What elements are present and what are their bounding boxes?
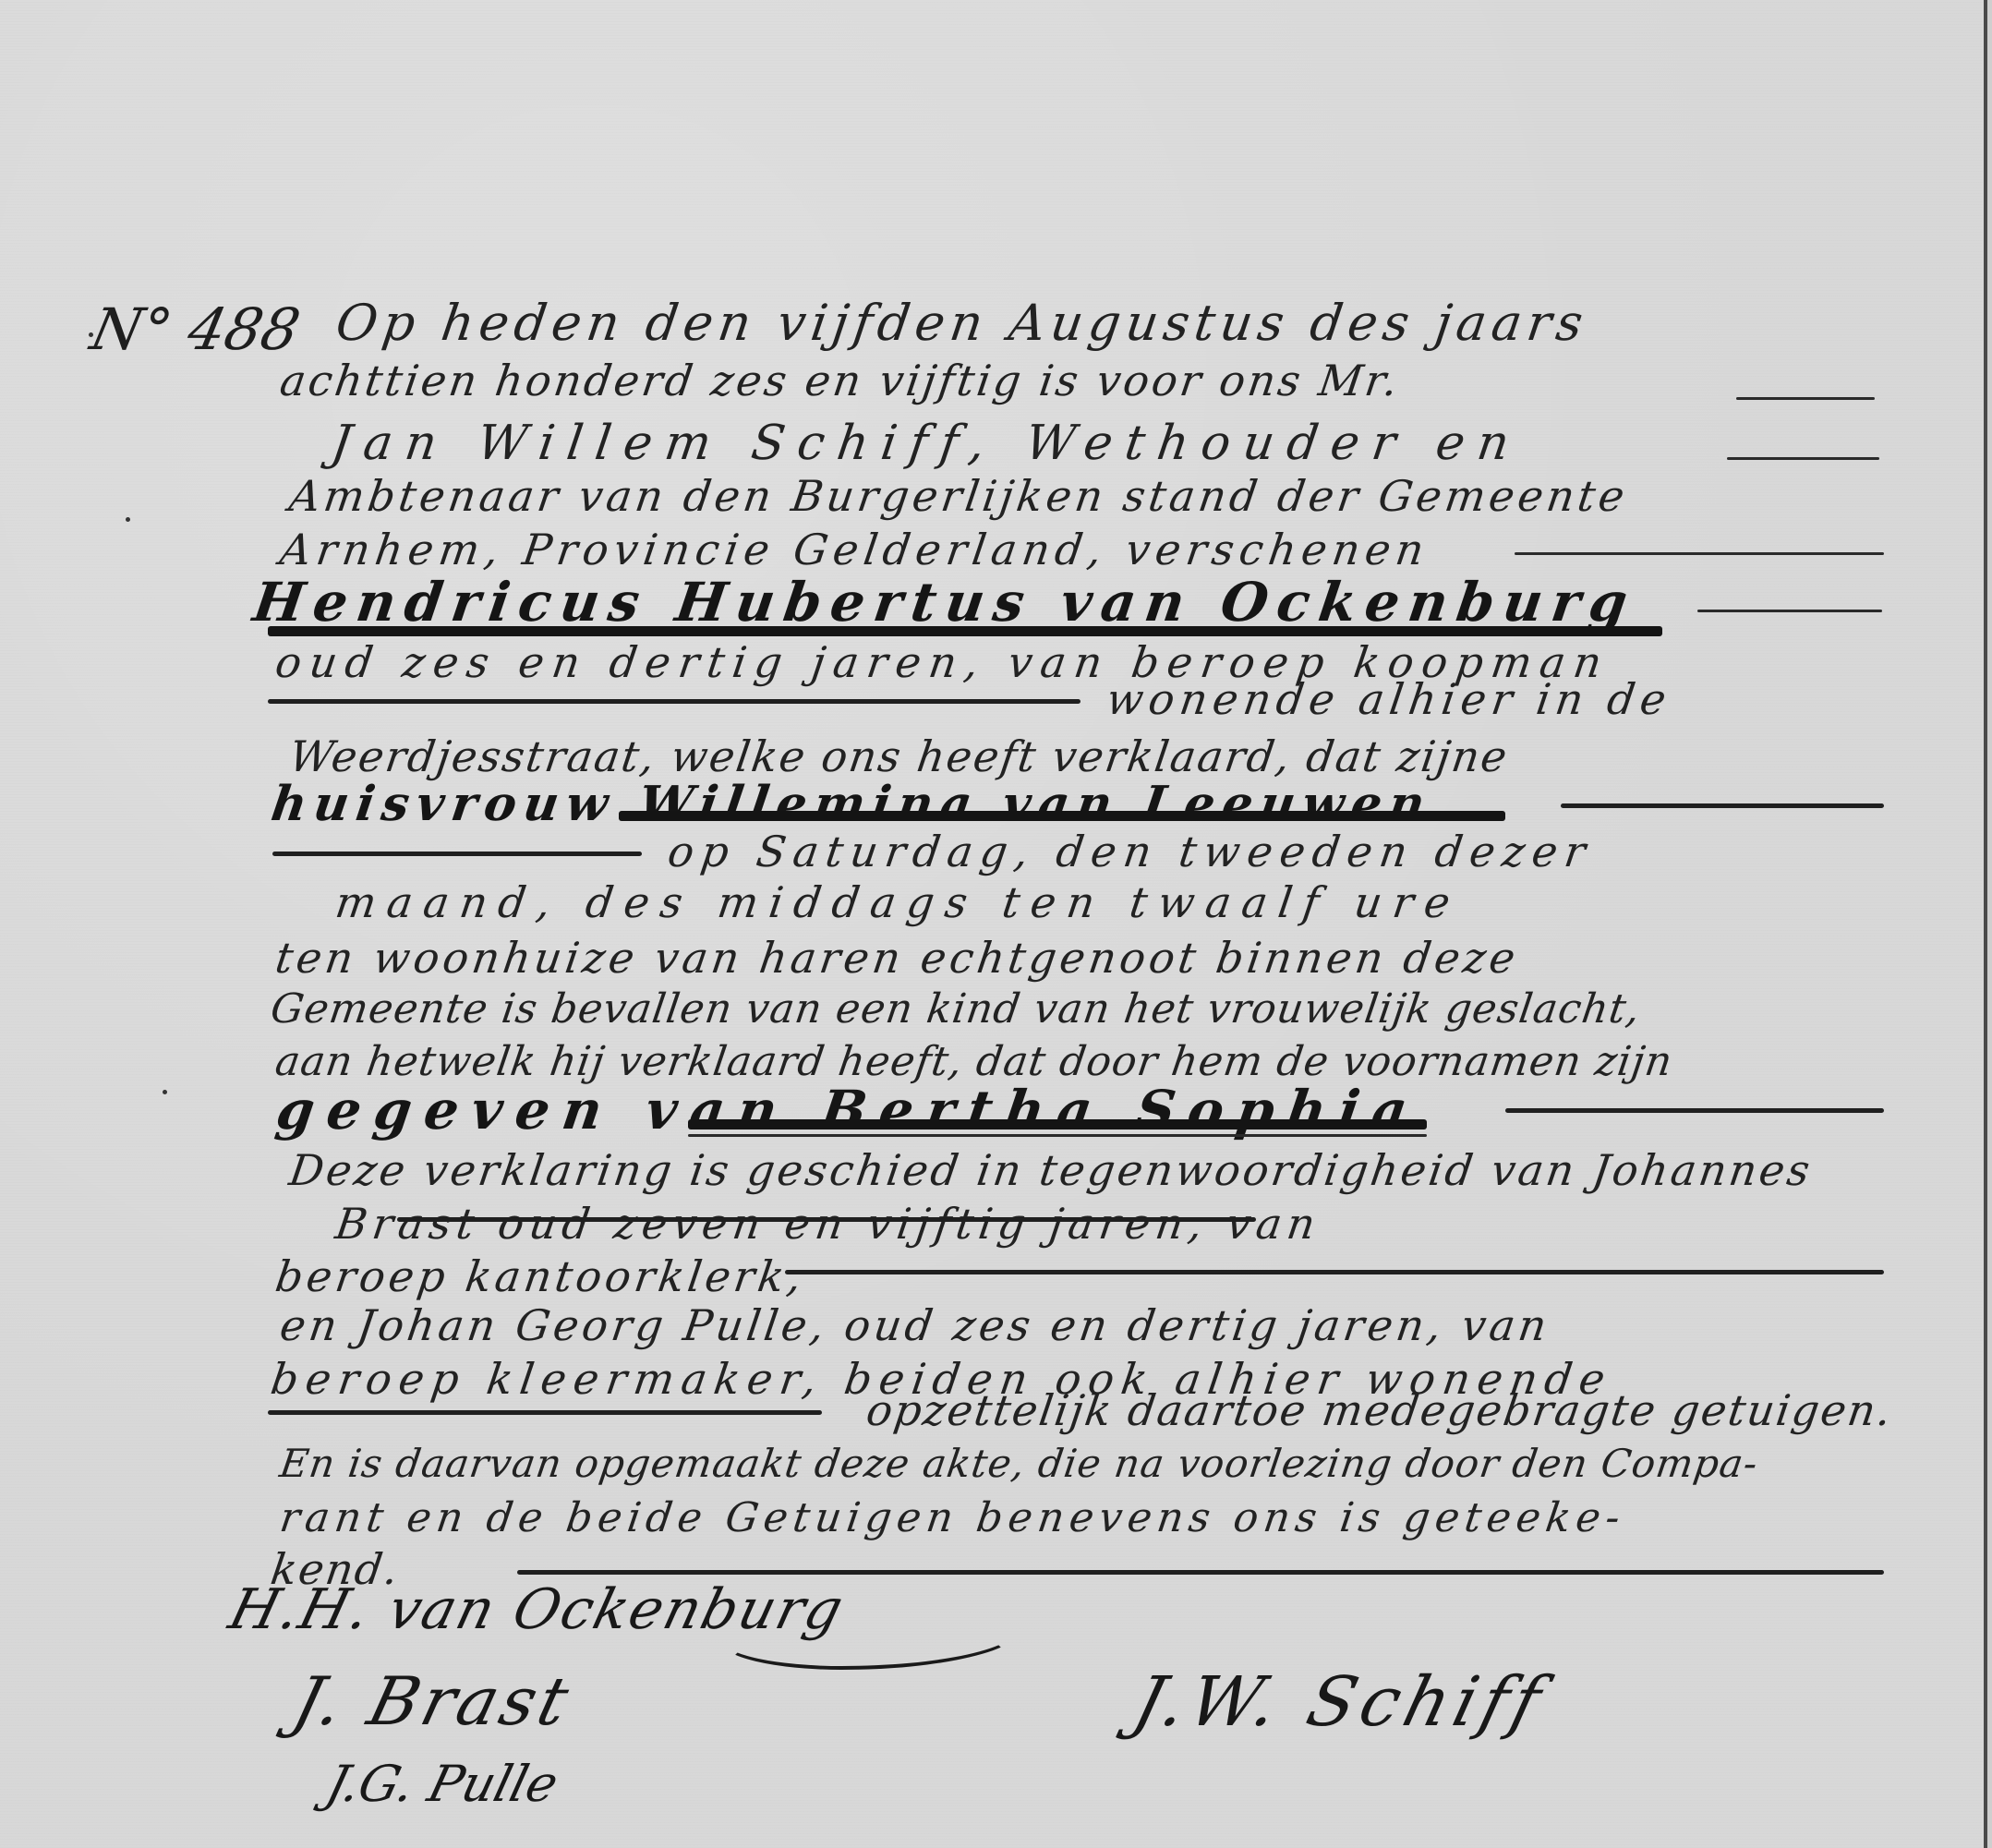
- body-line-13: ten woonhuize van haren echtgenoot binne…: [272, 933, 1522, 983]
- body-line-8: wonende alhier in de: [1104, 674, 1674, 724]
- name-underline: [619, 811, 1505, 821]
- strike-rule: [1515, 552, 1884, 555]
- body-line-20: en Johan Georg Pulle, oud zes en dertig …: [277, 1300, 1553, 1350]
- margin-dot: [163, 1090, 167, 1094]
- mother-line: huisvrouw Willemina van Leeuwen: [268, 776, 1435, 832]
- margin-dot: [89, 332, 93, 337]
- body-line-12: maand, des middags ten twaalf ure: [332, 877, 1464, 927]
- body-line-24: rant en de beide Getuigen benevens ons i…: [277, 1494, 1628, 1541]
- signature-flourish: [720, 1598, 1023, 1670]
- body-line-9: Weerdjesstraat, welke ons heeft verklaar…: [286, 731, 1512, 781]
- name-underline: [268, 626, 1662, 636]
- strike-rule: [1505, 1108, 1884, 1113]
- body-line-17: Deze verklaring is geschied in tegenwoor…: [286, 1145, 1816, 1195]
- body-line-18: Brast oud zeven en vijftig jaren, van: [332, 1199, 1323, 1249]
- strike-rule: [517, 1570, 1884, 1575]
- document-page: N° 488 Op heden den vijfden Augustus des…: [0, 0, 1983, 1848]
- signature-witness-2: J.G. Pulle: [320, 1755, 563, 1813]
- record-number: N° 488: [85, 296, 306, 363]
- body-line-2: achttien honderd zes en vijftig is voor …: [277, 356, 1404, 405]
- body-line-1: Op heden den vijfden Augustus des jaars: [332, 294, 1592, 352]
- signature-witness-1: J. Brast: [286, 1662, 580, 1740]
- body-line-19: beroep kantoorklerk,: [272, 1251, 808, 1301]
- strike-rule: [785, 1270, 1884, 1274]
- page-edge-margin: [1987, 0, 1992, 1848]
- strike-rule: [1561, 803, 1884, 808]
- name-double-underline: [688, 1134, 1427, 1137]
- strike-rule: [397, 1217, 1256, 1222]
- body-line-11: op Saturdag, den tweeden dezer: [665, 827, 1596, 876]
- signature-official: J.W. Schiff: [1126, 1662, 1553, 1742]
- margin-dot: [126, 517, 130, 522]
- body-line-4: Ambtenaar van den Burgerlijken stand der…: [286, 471, 1631, 521]
- strike-rule: [1727, 457, 1879, 460]
- body-line-22: opzettelijk daartoe medegebragte getuige…: [863, 1385, 1896, 1435]
- strike-rule: [1736, 397, 1875, 400]
- father-name: Hendricus Hubertus van Ockenburg: [249, 571, 1640, 634]
- name-underline: [688, 1119, 1427, 1129]
- body-line-5: Arnhem, Provincie Gelderland, verschenen: [277, 525, 1432, 574]
- body-line-23: En is daarvan opgemaakt deze akte, die n…: [277, 1441, 1761, 1486]
- strike-rule: [1697, 610, 1882, 612]
- child-line: gegeven van Bertha Sophia: [272, 1079, 1424, 1141]
- strike-rule: [272, 852, 642, 856]
- body-line-14: Gemeente is bevallen van een kind van he…: [268, 985, 1644, 1033]
- strike-rule: [268, 1410, 822, 1415]
- body-line-3: Jan Willem Schiff, Wethouder en: [328, 416, 1526, 471]
- strike-rule: [268, 699, 1081, 704]
